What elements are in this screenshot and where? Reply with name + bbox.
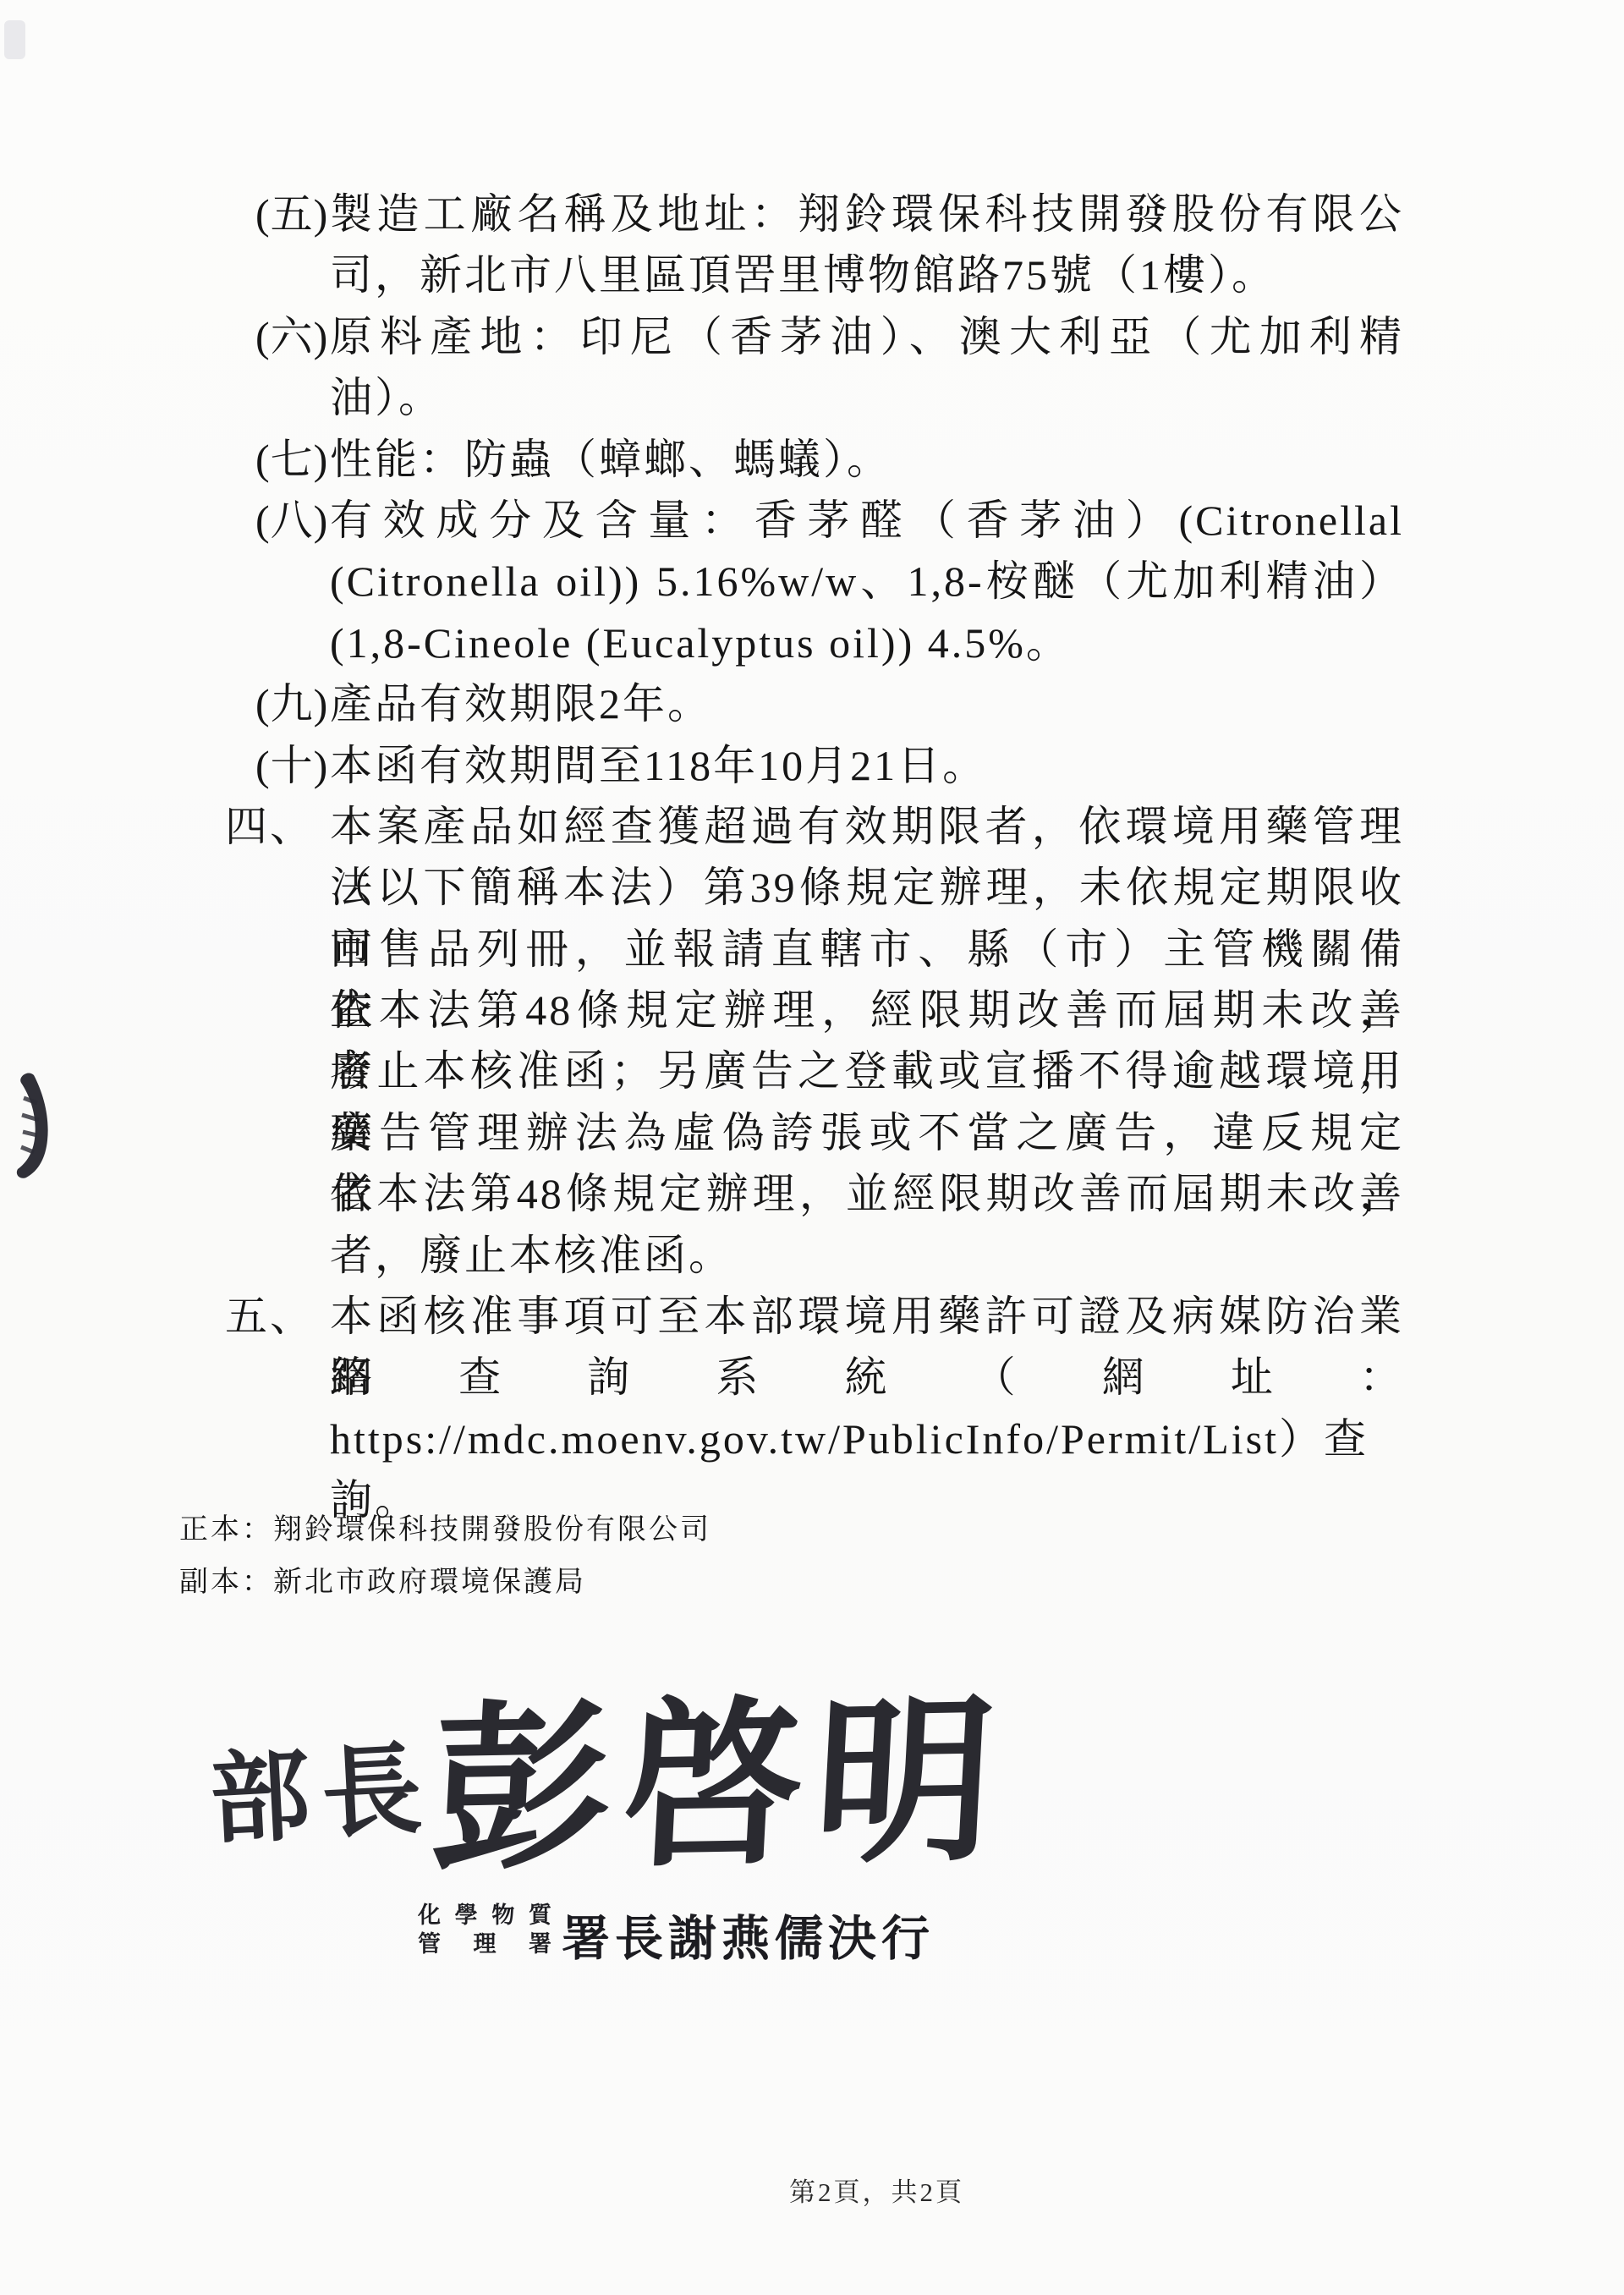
recipient-copy: 副本：新北市政府環境保護局: [179, 1557, 711, 1609]
doc-line: 四、本案產品如經查獲超過有效期限者，依環境用藥管理法: [330, 796, 1404, 857]
doc-line: (八)有效成分及含量：香茅醛（香茅油）(Citronellal: [330, 490, 1404, 551]
doc-line: https://mdc.moenv.gov.tw/PublicInfo/Perm…: [330, 1408, 1404, 1469]
doc-line: 廣告管理辦法為虛偽誇張或不當之廣告，違反規定者，: [330, 1102, 1404, 1163]
recipients-block: 正本：翔鈴環保科技開發股份有限公司 副本：新北市政府環境保護局: [179, 1504, 711, 1609]
doc-line: (十)本函有效期間至118年10月21日。: [330, 735, 1404, 796]
doc-line: (九)產品有效期限2年。: [330, 673, 1404, 734]
doc-line: (五)製造工廠名稱及地址：翔鈴環保科技開發股份有限公: [330, 184, 1404, 244]
item-number: 四、: [225, 796, 315, 857]
delegate-signoff: 署長謝燕儒決行: [562, 1900, 935, 1969]
agency-name-line1: 化學物質: [418, 1901, 551, 1930]
scan-corner-mark: [4, 20, 25, 59]
doc-line: 五、本函核准事項可至本部環境用藥許可證及病媒防治業網: [330, 1286, 1404, 1347]
item-number: 五、: [225, 1286, 315, 1347]
item-number: (六): [255, 306, 328, 367]
agency-stamp: 化學物質 管理署: [418, 1901, 551, 1958]
doc-line: 司，新北市八里區頂罟里博物館路75號（1樓）。: [330, 244, 1404, 305]
doc-line: (1,8-Cineole (Eucalyptus oil)) 4.5%。: [330, 612, 1404, 673]
minister-title-calligraphy: 部長: [206, 1708, 437, 1864]
doc-line: (七)性能：防蟲（蟑螂、螞蟻）。: [330, 429, 1404, 490]
page-number-footer: 第2頁，共2頁: [789, 2171, 964, 2209]
doc-line: 市售品列冊，並報請直轄市、縣（市）主管機關備查，: [330, 919, 1404, 980]
item-number: (十): [255, 735, 328, 796]
doc-line: （以下簡稱本法）第39條規定辦理，未依規定期限收回: [330, 857, 1404, 918]
minister-signature: 彭啓明: [426, 1636, 1014, 1904]
doc-line: 依本法第48條規定辦理，經限期改善而屆期未改善者，: [330, 980, 1404, 1040]
item-number: (五): [255, 184, 328, 244]
doc-line: (Citronella oil)) 5.16%w/w、1,8-桉醚（尤加利精油）: [330, 551, 1404, 612]
recipient-original: 正本：翔鈴環保科技開發股份有限公司: [179, 1504, 711, 1557]
agency-name-line2: 管理署: [418, 1930, 551, 1958]
item-number: (八): [255, 490, 328, 551]
doc-line: (六)原料產地：印尼（香茅油）、澳大利亞（尤加利精: [330, 306, 1404, 367]
doc-line: 者，廢止本核准函。: [330, 1225, 1404, 1286]
doc-line: 依本法第48條規定辦理，並經限期改善而屆期未改善: [330, 1163, 1404, 1224]
scan-ink-blob: [8, 1073, 56, 1181]
doc-line: 油）。: [330, 367, 1404, 428]
letter-body: (五)製造工廠名稱及地址：翔鈴環保科技開發股份有限公 司，新北市八里區頂罟里博物…: [330, 184, 1404, 1469]
item-number: (七): [255, 429, 328, 490]
doc-line: 路查詢系統（網址：: [330, 1347, 1404, 1408]
item-number: (九): [255, 673, 328, 734]
doc-line: 廢止本核准函；另廣告之登載或宣播不得逾越環境用藥: [330, 1040, 1404, 1101]
